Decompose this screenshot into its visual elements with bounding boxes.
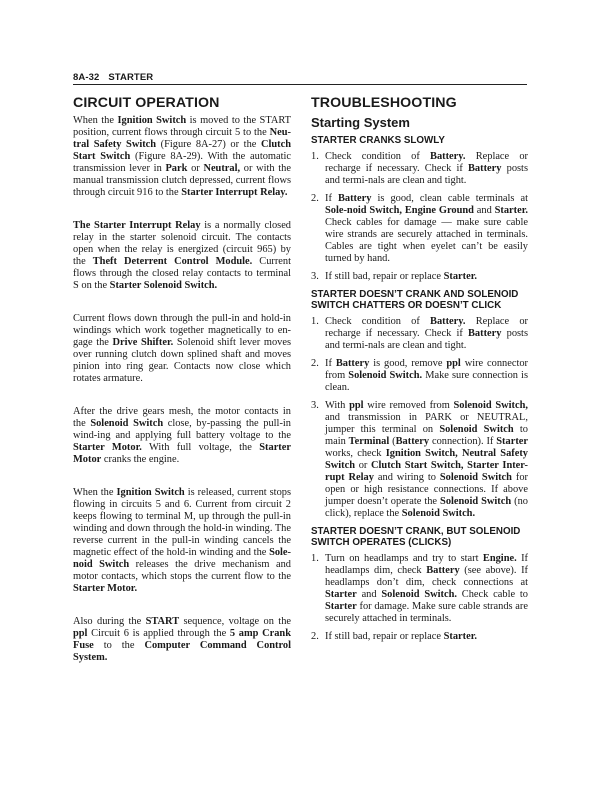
- step-item: 1.Check condition of Battery. Replace or…: [311, 316, 528, 352]
- bold-term: Neu-tral Safety Switch: [73, 127, 291, 150]
- bold-term: Solenoid Switch.: [381, 589, 457, 600]
- bold-term: Neutral,: [203, 163, 240, 174]
- bold-term: Starter Solenoid Switch.: [110, 280, 217, 291]
- bold-term: Solenoid Switch.: [402, 508, 475, 519]
- starting-system-subtitle: Starting System: [311, 115, 528, 131]
- circuit-operation-body: When the Ignition Switch is moved to the…: [73, 115, 291, 664]
- bold-term: The Starter Interrupt Relay: [73, 220, 201, 231]
- page-number: 8A-32: [73, 72, 99, 83]
- step-number: 1.: [311, 553, 319, 565]
- step-number: 2.: [311, 631, 319, 643]
- page-header: 8A-32STARTER: [73, 72, 527, 85]
- paragraph: After the drive gears mesh, the motor co…: [73, 406, 291, 466]
- bold-term: Park: [165, 163, 187, 174]
- bold-term: Starter: [325, 589, 357, 600]
- step-list: 1.Check condition of Battery. Replace or…: [311, 151, 528, 283]
- bold-term: Battery: [426, 565, 459, 576]
- troubleshooting-title: TROUBLESHOOTING: [311, 95, 528, 111]
- bold-term: Sole-noid Switch: [73, 547, 291, 570]
- paragraph: When the Ignition Switch is moved to the…: [73, 115, 291, 199]
- bold-term: Solenoid Switch: [439, 424, 513, 435]
- bold-term: Battery.: [430, 316, 466, 327]
- section-heading: STARTER DOESN’T CRANK, BUT SOLENOID SWIT…: [311, 526, 528, 549]
- bold-term: Starter Interrupt Relay.: [181, 187, 287, 198]
- bold-term: Solenoid Switch.: [348, 370, 422, 381]
- bold-term: Starter Motor.: [73, 442, 142, 453]
- bold-term: Drive Shifter.: [113, 337, 174, 348]
- bold-term: START: [146, 616, 180, 627]
- bold-term: Solenoid Switch: [440, 496, 511, 507]
- bold-term: Theft Deterrent Control Module.: [93, 256, 253, 267]
- bold-term: Ignition Switch: [116, 487, 184, 498]
- bold-term: Battery: [468, 328, 501, 339]
- step-item: 2.If Battery is good, remove ppl wire co…: [311, 358, 528, 394]
- step-item: 1.Check condition of Battery. Replace or…: [311, 151, 528, 187]
- step-number: 2.: [311, 358, 319, 370]
- troubleshooting-sections: STARTER CRANKS SLOWLY1.Check condition o…: [311, 135, 528, 643]
- left-column: CIRCUIT OPERATION When the Ignition Swit…: [73, 95, 291, 685]
- bold-term: Battery: [468, 163, 501, 174]
- section-heading: STARTER CRANKS SLOWLY: [311, 135, 528, 147]
- paragraph: The Starter Interrupt Relay is a normall…: [73, 220, 291, 292]
- bold-term: Starter.: [495, 205, 528, 216]
- paragraph: Current flows down through the pull-in a…: [73, 313, 291, 385]
- step-number: 3.: [311, 271, 319, 283]
- bold-term: Solenoid Switch: [440, 472, 512, 483]
- bold-term: ppl: [446, 358, 460, 369]
- section-name: STARTER: [108, 72, 153, 83]
- step-number: 1.: [311, 316, 319, 328]
- circuit-operation-title: CIRCUIT OPERATION: [73, 95, 291, 111]
- bold-term: Starter.: [444, 631, 477, 642]
- step-item: 3.If still bad, repair or replace Starte…: [311, 271, 528, 283]
- bold-term: Starter: [496, 436, 528, 447]
- paragraph: Also during the START sequence, voltage …: [73, 616, 291, 664]
- bold-term: Battery.: [430, 151, 466, 162]
- section-heading: STARTER DOESN’T CRANK AND SOLENOID SWITC…: [311, 289, 528, 312]
- step-number: 3.: [311, 400, 319, 412]
- step-number: 2.: [311, 193, 319, 205]
- step-list: 1.Check condition of Battery. Replace or…: [311, 316, 528, 520]
- bold-term: Engine.: [483, 553, 517, 564]
- step-item: 2.If Battery is good, clean cable termin…: [311, 193, 528, 265]
- step-list: 1.Turn on headlamps and try to start Eng…: [311, 553, 528, 643]
- bold-term: Starter: [325, 601, 357, 612]
- bold-term: Solenoid Switch: [90, 418, 163, 429]
- bold-term: Battery: [336, 358, 369, 369]
- bold-term: Battery: [338, 193, 371, 204]
- bold-term: Starter Motor.: [73, 583, 137, 594]
- bold-term: Battery: [396, 436, 429, 447]
- right-column: TROUBLESHOOTING Starting System STARTER …: [311, 95, 528, 649]
- bold-term: ppl: [73, 628, 87, 639]
- step-item: 3.With ppl wire removed from Solenoid Sw…: [311, 400, 528, 520]
- bold-term: Starter.: [444, 271, 477, 282]
- bold-term: ppl: [349, 400, 363, 411]
- step-number: 1.: [311, 151, 319, 163]
- bold-term: Solenoid Switch,: [454, 400, 528, 411]
- step-item: 2.If still bad, repair or replace Starte…: [311, 631, 528, 643]
- bold-term: Terminal: [349, 436, 390, 447]
- bold-term: Ignition Switch: [117, 115, 186, 126]
- step-item: 1.Turn on headlamps and try to start Eng…: [311, 553, 528, 625]
- paragraph: When the Ignition Switch is released, cu…: [73, 487, 291, 595]
- bold-term: Sole-noid Switch, Engine Ground: [325, 205, 474, 216]
- bold-term: Computer Command Control System.: [73, 640, 291, 663]
